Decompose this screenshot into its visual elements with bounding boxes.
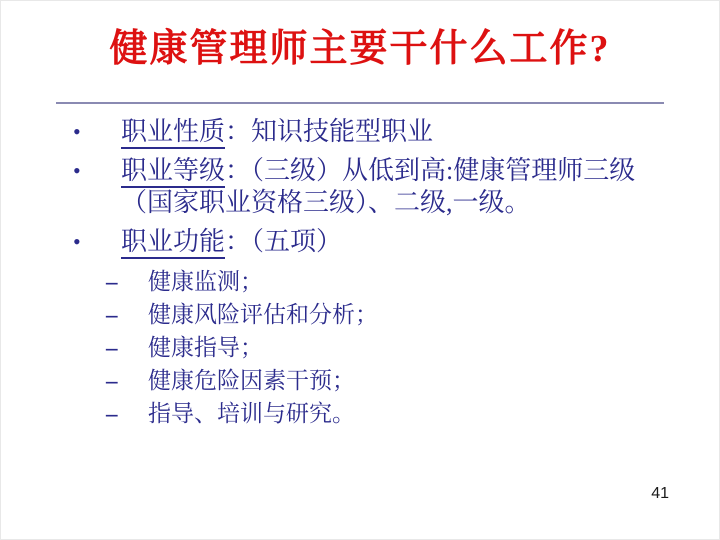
dash-marker-icon: –	[106, 397, 148, 430]
sub-bullet-item-guidance: – 健康指导；	[1, 331, 657, 364]
dash-marker-icon: –	[106, 331, 148, 364]
bullet-label-underlined: 职业等级	[121, 156, 225, 188]
sub-bullet-item-intervention: – 健康危险因素干预；	[1, 364, 657, 397]
sub-bullet-text: 指导、培训与研究。	[148, 397, 355, 430]
bullet-dot-icon: •	[73, 226, 121, 258]
bullet-rest: ：知识技能型职业	[225, 117, 433, 146]
sub-bullet-item-monitoring: – 健康监测；	[1, 265, 657, 298]
sub-bullet-text: 健康风险评估和分析；	[148, 298, 378, 331]
bullet-text: 职业等级：（三级）从低到高:健康管理师三级（国家职业资格三级）、二级,一级。	[121, 155, 657, 219]
dash-marker-icon: –	[106, 298, 148, 331]
bullet-label-underlined: 职业性质	[121, 117, 225, 149]
bullet-text: 职业功能：（五项）	[121, 226, 657, 258]
sub-bullet-item-training-research: – 指导、培训与研究。	[1, 397, 657, 430]
title-divider-line	[56, 102, 664, 104]
sub-bullet-text: 健康危险因素干预；	[148, 364, 355, 397]
bullet-dot-icon: •	[73, 155, 121, 187]
bullet-item-occupation-nature: • 职业性质：知识技能型职业	[1, 116, 657, 148]
bullet-dot-icon: •	[73, 116, 121, 148]
bullet-item-occupation-level: • 职业等级：（三级）从低到高:健康管理师三级（国家职业资格三级）、二级,一级。	[1, 155, 657, 219]
sub-bullet-text: 健康指导；	[148, 331, 263, 364]
dash-marker-icon: –	[106, 265, 148, 298]
dash-marker-icon: –	[106, 364, 148, 397]
bullet-text: 职业性质：知识技能型职业	[121, 116, 657, 148]
page-number: 41	[651, 485, 669, 503]
bullet-item-occupation-function: • 职业功能：（五项）	[1, 226, 657, 258]
bullet-rest: ：（五项）	[225, 227, 342, 256]
slide-body: • 职业性质：知识技能型职业 • 职业等级：（三级）从低到高:健康管理师三级（国…	[1, 116, 719, 430]
bullet-label-underlined: 职业功能	[121, 227, 225, 259]
presentation-slide: 健康管理师主要干什么工作? • 职业性质：知识技能型职业 • 职业等级：（三级）…	[0, 0, 720, 540]
sub-bullet-item-risk-assessment: – 健康风险评估和分析；	[1, 298, 657, 331]
sub-bullet-text: 健康监测；	[148, 265, 263, 298]
slide-title: 健康管理师主要干什么工作?	[1, 1, 719, 75]
